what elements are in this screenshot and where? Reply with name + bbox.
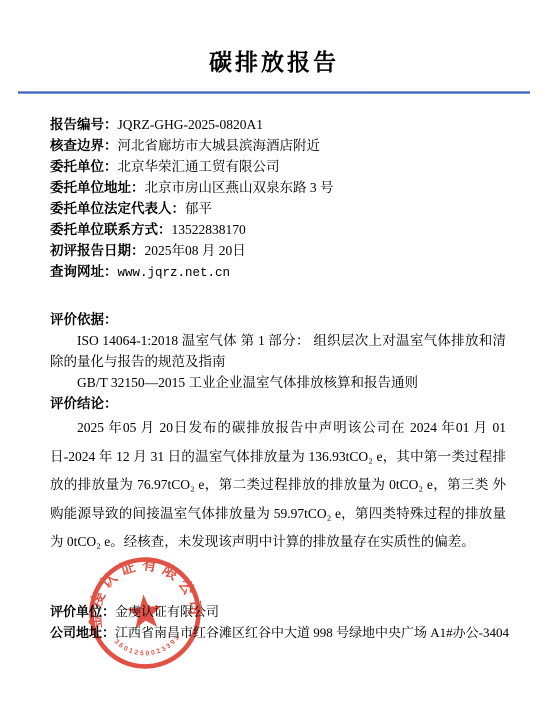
- query-url-text: www.jqrz.net.cn: [118, 266, 231, 280]
- field-value: 北京市房山区燕山双泉东路 3 号: [145, 180, 334, 195]
- company-address-label: 公司地址：: [50, 625, 115, 640]
- company-address-value: 江西省南昌市红谷滩区红谷中大道 998 号绿地中央广场 A1#办公-3404: [115, 625, 509, 640]
- report-footer: 评价单位：金虔认证有限公司 公司地址：江西省南昌市红谷滩区红谷中大道 998 号…: [50, 601, 528, 643]
- evaluation-basis-heading: 评价依据：: [50, 309, 506, 330]
- evaluator-value: 金虔认证有限公司: [115, 604, 219, 619]
- evaluation-conclusion-heading: 评价结论：: [50, 393, 506, 414]
- field-client-address: 委托单位地址：北京市房山区燕山双泉东路 3 号: [50, 177, 506, 198]
- report-content: 报告编号：JQRZ-GHG-2025-0820A1 核查边界：河北省廊坊市大城县…: [50, 114, 506, 557]
- evaluation-conclusion-section: 评价结论： 2025 年05 月 20日发布的碳排放报告中声明该公司在 2024…: [50, 393, 506, 557]
- evaluation-basis-section: 评价依据： ISO 14064-1:2018 温室气体 第 1 部分： 组织层次…: [50, 309, 506, 393]
- field-query-url: 查询网址：www.jqrz.net.cn: [50, 261, 506, 284]
- field-verification-boundary: 核查边界：河北省廊坊市大城县滨海酒店附近: [50, 135, 506, 156]
- evaluator-label: 评价单位：: [50, 604, 115, 619]
- field-value: 13522838170: [172, 222, 246, 237]
- field-label: 报告编号：: [50, 117, 118, 132]
- basis-item-iso: ISO 14064-1:2018 温室气体 第 1 部分： 组织层次上对温室气体…: [50, 330, 506, 372]
- field-label: 查询网址：: [50, 264, 118, 279]
- field-label: 委托单位：: [50, 159, 118, 174]
- page-title: 碳排放报告: [0, 44, 548, 77]
- basis-item-gbt: GB/T 32150—2015 工业企业温室气体排放核算和报告通则: [50, 372, 506, 393]
- title-divider: [18, 91, 530, 94]
- field-client-name: 委托单位：北京华荣汇通工贸有限公司: [50, 156, 506, 177]
- field-label: 初评报告日期：: [50, 243, 145, 258]
- field-report-date: 初评报告日期：2025年08 月 20日: [50, 240, 506, 261]
- field-legal-representative: 委托单位法定代表人：郁平: [50, 198, 506, 219]
- field-value: 郁平: [185, 201, 212, 216]
- field-value: 北京华荣汇通工贸有限公司: [118, 159, 280, 174]
- field-value: 2025年08 月 20日: [145, 243, 246, 258]
- field-label: 核查边界：: [50, 138, 118, 153]
- field-label: 委托单位法定代表人：: [50, 201, 185, 216]
- evaluation-conclusion-paragraph: 2025 年05 月 20日发布的碳排放报告中声明该公司在 2024 年01 月…: [50, 414, 506, 557]
- field-label: 委托单位地址：: [50, 180, 145, 195]
- evaluator-row: 评价单位：金虔认证有限公司: [50, 601, 528, 622]
- field-label: 委托单位联系方式：: [50, 222, 172, 237]
- field-value: 河北省廊坊市大城县滨海酒店附近: [118, 138, 321, 153]
- report-page: 碳排放报告 报告编号：JQRZ-GHG-2025-0820A1 核查边界：河北省…: [0, 0, 548, 720]
- field-report-number: 报告编号：JQRZ-GHG-2025-0820A1: [50, 114, 506, 135]
- report-fields: 报告编号：JQRZ-GHG-2025-0820A1 核查边界：河北省廊坊市大城县…: [50, 114, 506, 284]
- company-address-row: 公司地址：江西省南昌市红谷滩区红谷中大道 998 号绿地中央广场 A1#办公-3…: [50, 622, 528, 643]
- field-contact-phone: 委托单位联系方式：13522838170: [50, 219, 506, 240]
- field-value: JQRZ-GHG-2025-0820A1: [118, 117, 264, 132]
